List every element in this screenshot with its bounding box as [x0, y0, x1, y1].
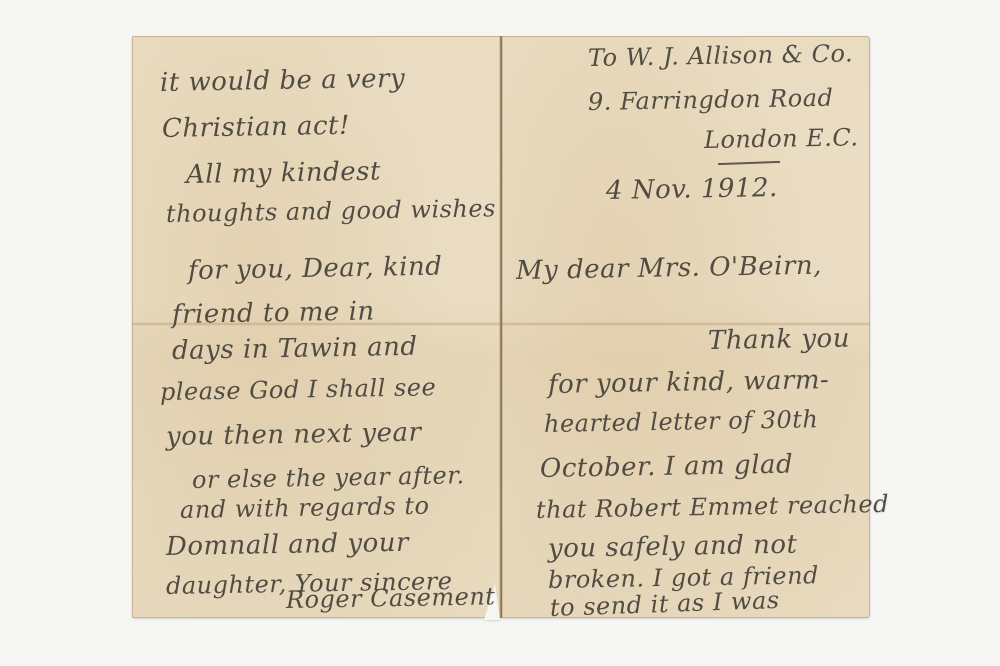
left-line-4: thoughts and good wishes: [166, 196, 496, 226]
right-line-5: that Robert Emmet reached: [536, 492, 889, 522]
address-line-3: London E.C.: [704, 125, 859, 152]
left-line-10: or else the year after.: [192, 463, 465, 492]
right-line-3: hearted letter of 30th: [544, 407, 819, 436]
letter-date: 4 Nov. 1912.: [606, 175, 778, 204]
left-line-1: it would be a very: [160, 66, 406, 96]
left-line-9: you then next year: [166, 420, 422, 450]
left-line-6: friend to me in: [172, 298, 375, 328]
right-line-2: for your kind, warm-: [548, 367, 830, 398]
left-line-7: days in Tawin and: [172, 334, 418, 364]
left-line-12: Domnall and your: [166, 530, 409, 560]
vertical-fold-crease: [499, 36, 503, 618]
photo-stage: it would be a very Christian act! All my…: [0, 0, 1000, 666]
right-line-6: you safely and not: [548, 532, 798, 562]
address-line-2: 9. Farringdon Road: [588, 86, 834, 114]
left-line-3: All my kindest: [186, 159, 381, 188]
address-line-1: To W. J. Allison & Co.: [588, 41, 854, 70]
signature: Roger Casement: [286, 584, 496, 612]
left-line-11: and with regards to: [180, 494, 430, 522]
right-line-4: October. I am glad: [540, 452, 794, 482]
right-line-1: Thank you: [708, 326, 850, 354]
salutation: My dear Mrs. O'Beirn,: [516, 253, 822, 284]
letter-sheet: it would be a very Christian act! All my…: [132, 36, 870, 618]
left-line-8: please God I shall see: [160, 375, 437, 404]
left-line-2: Christian act!: [162, 113, 350, 142]
left-line-5: for you, Dear, kind: [188, 254, 443, 284]
